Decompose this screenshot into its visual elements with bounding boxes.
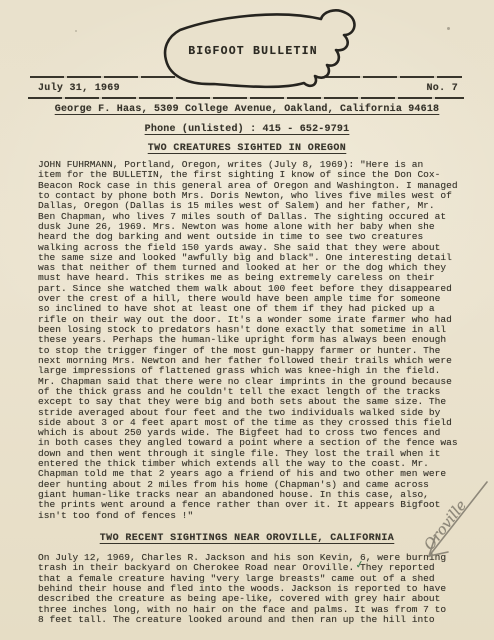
issue-number: No. 7 [426,83,458,94]
article-heading-oregon: TWO CREATURES SIGHTED IN OREGON [0,143,494,154]
scan-speck [240,252,242,254]
newsletter-page: BIGFOOT BULLETIN July 31, 1969 No. 7 Geo… [0,0,494,640]
handwritten-note-text: Oroville [422,498,470,554]
publisher-phone: Phone (unlisted) : 415 - 652-9791 [0,124,494,135]
scan-speck [447,27,450,30]
footprint-logo: BIGFOOT BULLETIN [158,4,358,96]
handwritten-annotation: Oroville [393,452,493,587]
publisher-address: George F. Haas, 5309 College Avenue, Oak… [0,104,494,115]
article-body-oroville: On July 12, 1969, Charles R. Jackson and… [38,553,446,625]
logo-text: BIGFOOT BULLETIN [188,45,318,58]
scan-speck [75,30,77,32]
issue-date: July 31, 1969 [38,83,120,94]
masthead-rule-bottom [28,97,464,99]
